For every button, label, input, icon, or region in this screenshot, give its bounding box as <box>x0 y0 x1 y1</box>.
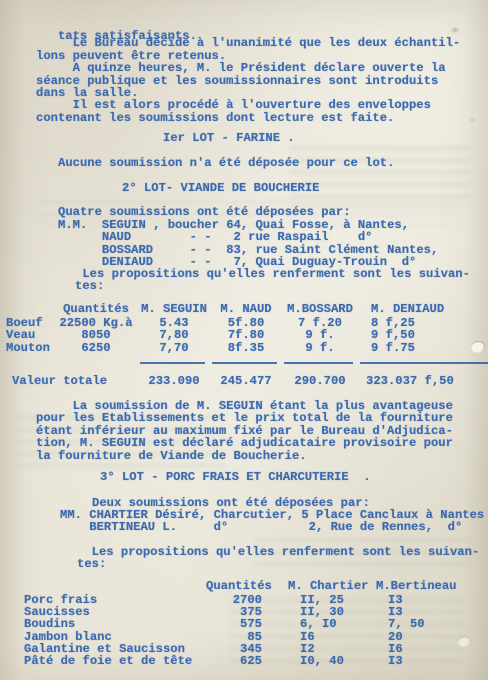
text-line: Le Bureau décide à l'unanimité que les d… <box>36 37 460 49</box>
table-row: Boudins 575 6, I0 7, 50 <box>24 618 474 630</box>
column-header: M.BOSSARD <box>282 303 358 317</box>
table-cell: I6 <box>364 643 474 655</box>
text-line: la fourniture de Viande de Boucherie. <box>36 450 453 462</box>
table-cell: 7f.80 <box>210 329 282 341</box>
lot1-no-submission-note: Aucune soumission n'a été déposée pour c… <box>58 157 394 169</box>
lot1-heading: Ier LOT - FARINE . <box>163 132 295 144</box>
text-line: contenant les soumissions dont lecture e… <box>36 112 460 124</box>
table-cell: I3 <box>364 594 474 606</box>
lot2-bidders-list: M.M. SEGUIN , boucher 64, Quai Fosse, à … <box>58 219 438 269</box>
table-cell: 625 <box>206 655 266 667</box>
table-cell: 9 f.75 <box>358 342 478 354</box>
totals-label: Valeur totale <box>6 375 138 387</box>
table-cell: 8050 <box>54 329 138 341</box>
table-cell: 7, 50 <box>364 618 474 630</box>
document-page: tats satisfaisants. Le Bureau décide à l… <box>0 0 488 680</box>
table-cell: 575 <box>206 618 266 630</box>
table-underline <box>140 362 205 364</box>
intro-paragraph: tats satisfaisants. Le Bureau décide à l… <box>36 30 460 124</box>
lot2-heading: 2° LOT- VIANDE DE BOUCHERIE <box>122 182 319 194</box>
lot2-conclusion-paragraph: La soumission de M. SEGUIN étant la plus… <box>36 400 453 462</box>
table-cell: 7,80 <box>138 329 210 341</box>
table-cell: I3 <box>364 655 474 667</box>
table-cell: Veau <box>6 329 54 341</box>
bidder-line: BERTINEAU L. d° 2, Rue de Rennes, d° <box>60 521 484 533</box>
column-header: M. SEGUIN <box>138 303 210 317</box>
table-cell: 9 f. <box>282 342 358 354</box>
table-row: Jambon blanc 85 I6 20 <box>24 631 474 643</box>
bidder-line: NAUD - - 2 rue Raspail d° <box>58 231 438 243</box>
table-cell: 8f.35 <box>210 342 282 354</box>
table-row: Mouton 6250 7,70 8f.35 9 f. 9 f.75 <box>6 342 478 354</box>
lot3-propositions-intro: Les propositions qu'elles renferment son… <box>77 546 479 571</box>
table-underline <box>284 362 353 364</box>
table-cell: 7,70 <box>138 342 210 354</box>
table-underline-row <box>6 354 478 366</box>
lot2-propositions-intro: Les propositions qu'elles renferment son… <box>75 268 470 293</box>
text-line: Les propositions qu'elles renferment son… <box>77 546 479 558</box>
lot3-bidders-list: MM. CHARTIER Désiré, Charcutier, 5 Place… <box>60 509 484 534</box>
table-row: Pâté de foie et de tête 625 I0, 40 I3 <box>24 655 474 667</box>
paper-stain <box>470 118 475 122</box>
table-underline <box>360 362 488 364</box>
text-line: tes: <box>75 280 470 292</box>
totals-value: 233.090 <box>138 375 210 387</box>
text-line: Il est alors procédé à l'ouverture des e… <box>36 99 460 111</box>
table-cell: 9 f,50 <box>358 329 478 341</box>
table-cell: Pâté de foie et de tête <box>24 655 206 667</box>
text-line: pour les Etablissements et le prix total… <box>36 412 453 424</box>
text-line: tion, M. SEGUIN est déclaré adjudicatair… <box>36 437 453 449</box>
column-header: M. NAUD <box>210 303 282 317</box>
column-header: Quantités <box>206 580 266 594</box>
table-header-row: Quantités M. Chartier M.Bertineau <box>24 580 474 594</box>
text-line: A quinze heures, M. le Président déclare… <box>36 62 460 74</box>
price-table-lot3: Quantités M. Chartier M.Bertineau Porc f… <box>24 580 474 667</box>
table-row: Veau 8050 7,80 7f.80 9 f. 9 f,50 <box>6 329 478 341</box>
text-line: Les propositions qu'elles renferment son… <box>75 268 470 280</box>
column-header: M. Chartier <box>266 580 364 594</box>
table-cell: I0, 40 <box>266 655 364 667</box>
totals-value: 290.700 <box>282 375 358 387</box>
table-cell: 6250 <box>54 342 138 354</box>
totals-row: Valeur totale 233.090 245.477 290.700 32… <box>6 375 478 387</box>
table-cell: 6, I0 <box>266 618 364 630</box>
column-header: M. DENIAUD <box>358 303 478 317</box>
table-cell: I6 <box>266 631 364 643</box>
table-cell: Boudins <box>24 618 206 630</box>
table-cell: Mouton <box>6 342 54 354</box>
table-underline <box>212 362 277 364</box>
column-header: M.Bertineau <box>364 580 474 594</box>
lot2-submissions-intro: Quatre soumissions ont été déposées par: <box>58 206 351 218</box>
totals-value: 323.037 f,50 <box>358 375 478 387</box>
lot3-heading: 3° LOT - PORC FRAIS ET CHARCUTERIE . <box>100 471 371 483</box>
table-header-row: Quantités M. SEGUIN M. NAUD M.BOSSARD M.… <box>6 303 478 317</box>
table-cell: 9 f. <box>282 329 358 341</box>
table-cell: 20 <box>364 631 474 643</box>
column-header: Quantités <box>54 303 138 317</box>
text-line: tes: <box>77 558 479 570</box>
price-table-lot2: Quantités M. SEGUIN M. NAUD M.BOSSARD M.… <box>6 303 478 367</box>
totals-value: 245.477 <box>210 375 282 387</box>
